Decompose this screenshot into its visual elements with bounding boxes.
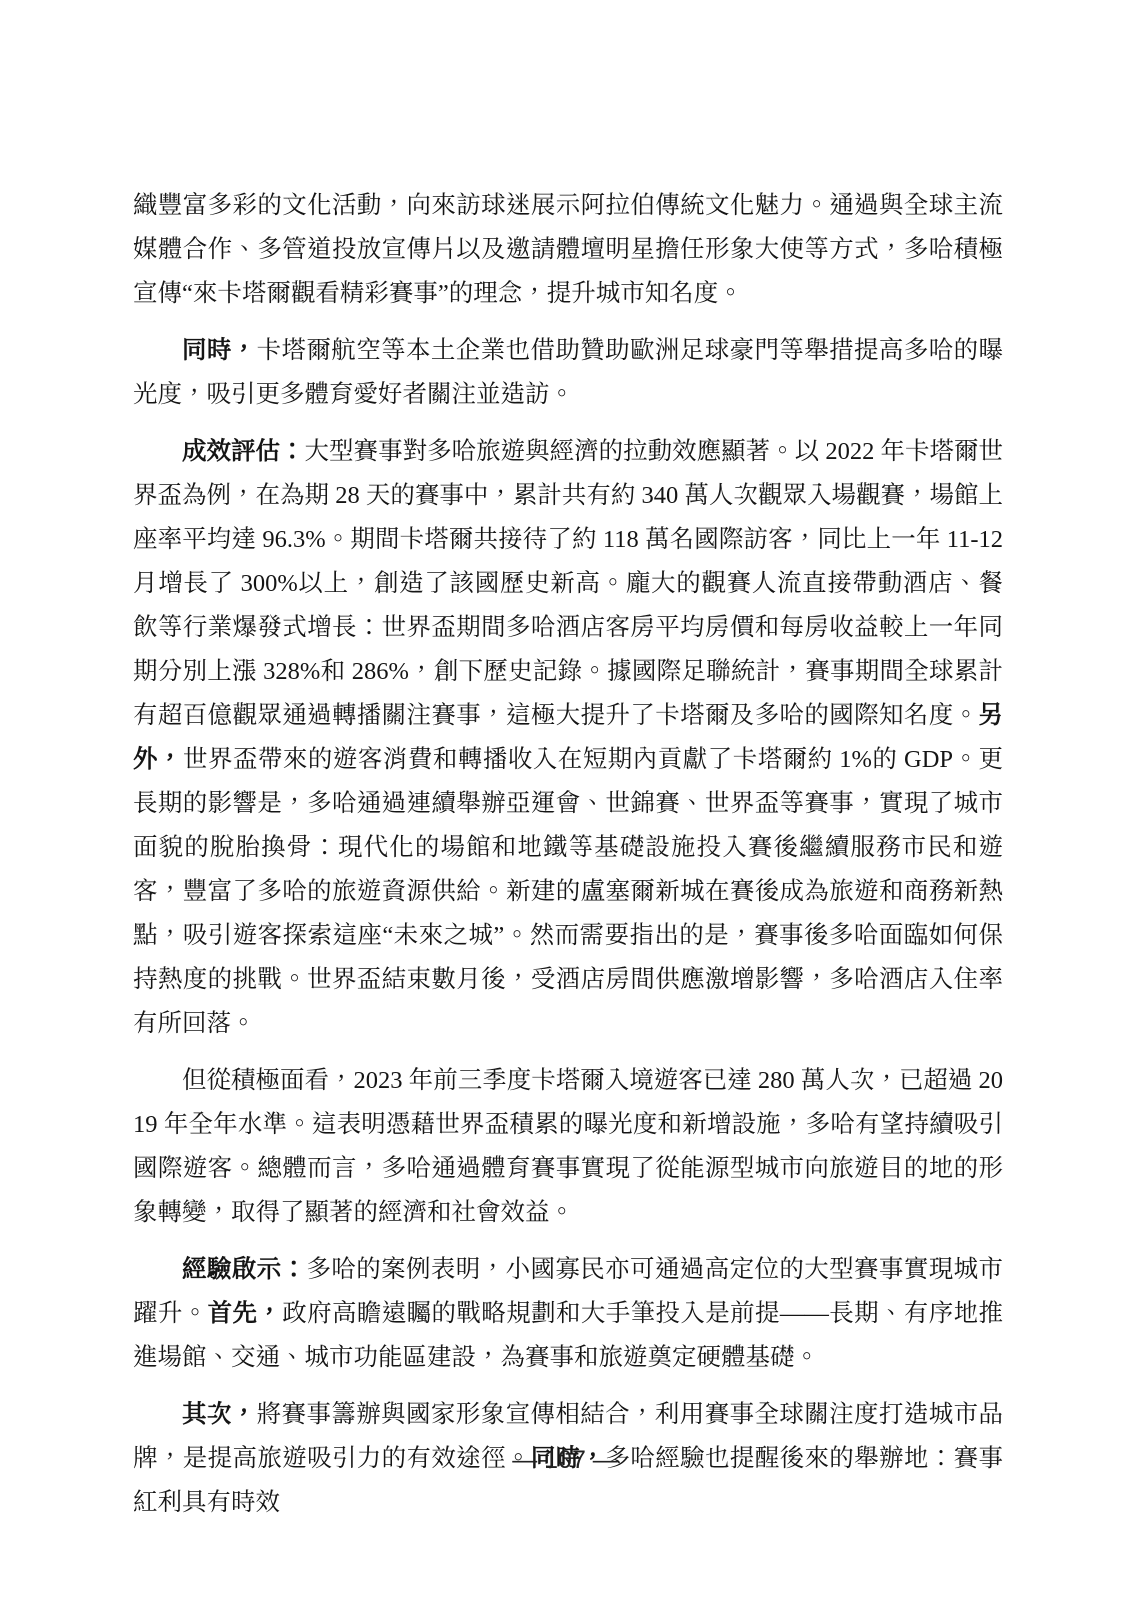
bold-run: 同時，	[182, 337, 257, 364]
bold-run: 成效評估：	[182, 438, 305, 465]
bold-run: 其次，	[182, 1401, 257, 1428]
paragraph-2: 同時，卡塔爾航空等本土企業也借助贊助歐洲足球豪門等舉措提高多哈的曝光度，吸引更多…	[133, 329, 1003, 417]
text-run: 織豐富多彩的文化活動，向來訪球迷展示阿拉伯傳統文化魅力。通過與全球主流媒體合作、…	[133, 192, 1003, 307]
text-run: 卡塔爾航空等本土企業也借助贊助歐洲足球豪門等舉措提高多哈的曝光度，吸引更多體育愛…	[133, 337, 1003, 408]
paragraph-4: 但從積極面看，2023 年前三季度卡塔爾入境遊客已達 280 萬人次，已超過 2…	[133, 1059, 1003, 1235]
paragraph-5: 經驗啟示：多哈的案例表明，小國寡民亦可通過高定位的大型賽事實現城市躍升。首先，政…	[133, 1248, 1003, 1380]
document-page: 織豐富多彩的文化活動，向來訪球迷展示阿拉伯傳統文化魅力。通過與全球主流媒體合作、…	[0, 0, 1130, 1600]
paragraph-1: 織豐富多彩的文化活動，向來訪球迷展示阿拉伯傳統文化魅力。通過與全球主流媒體合作、…	[133, 184, 1003, 316]
paragraph-3: 成效評估：大型賽事對多哈旅遊與經濟的拉動效應顯著。以 2022 年卡塔爾世界盃為…	[133, 430, 1003, 1046]
text-run: 但從積極面看，2023 年前三季度卡塔爾入境遊客已達 280 萬人次，已超過 2…	[133, 1067, 1003, 1226]
bold-run: 經驗啟示：	[182, 1256, 306, 1283]
page-body-text: 織豐富多彩的文化活動，向來訪球迷展示阿拉伯傳統文化魅力。通過與全球主流媒體合作、…	[133, 184, 1003, 1538]
bold-run: 首先，	[208, 1300, 283, 1327]
text-run: 大型賽事對多哈旅遊與經濟的拉動效應顯著。以 2022 年卡塔爾世界盃為例，在為期…	[133, 438, 1003, 729]
page-number: — 107 —	[0, 1446, 1130, 1475]
text-run: 世界盃帶來的遊客消費和轉播收入在短期內貢獻了卡塔爾約 1%的 GDP。更長期的影…	[133, 746, 1003, 1037]
